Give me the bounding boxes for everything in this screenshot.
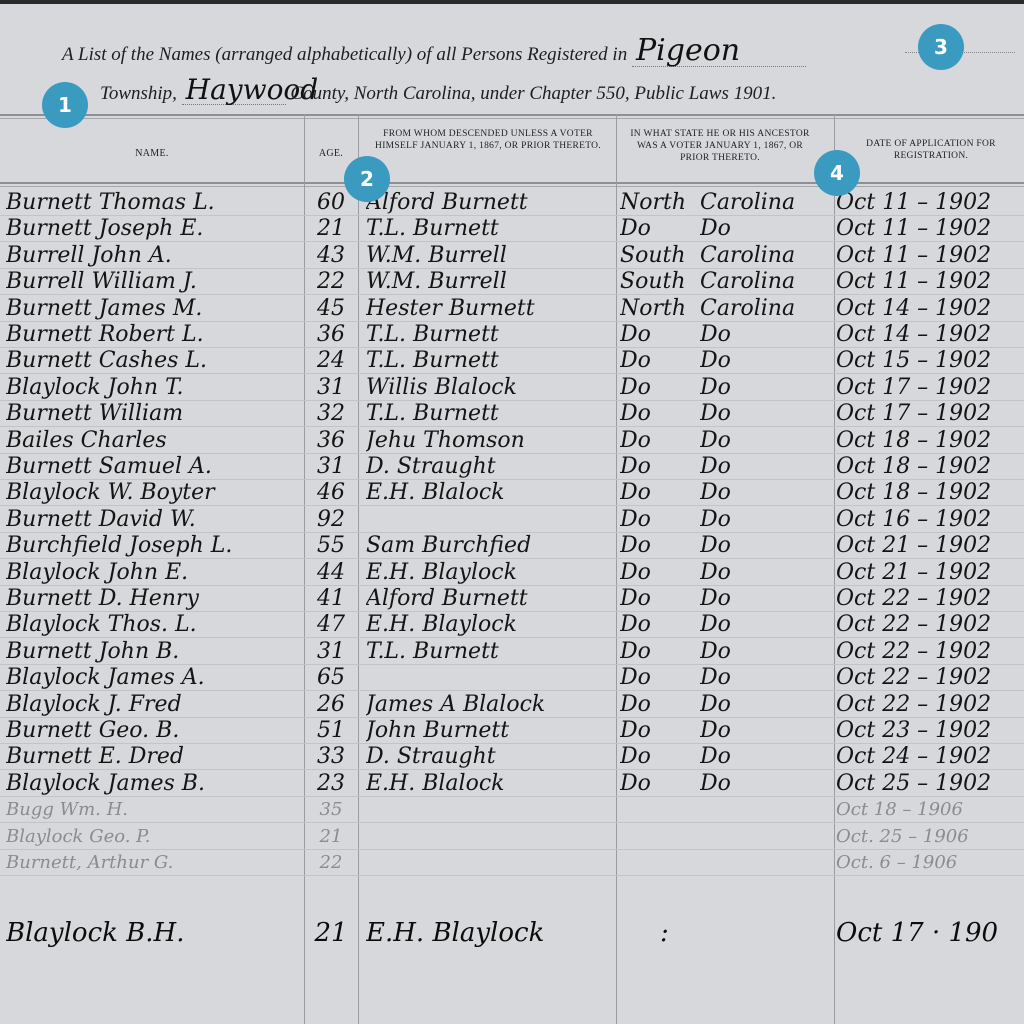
cell-age: 92	[308, 507, 354, 533]
township-label: Township,	[100, 83, 177, 104]
table-row: Burnett Thomas L.60Alford BurnettNorthCa…	[0, 190, 1024, 216]
cell-age: 21	[308, 918, 354, 948]
cell-descended-from: E.H. Blalock	[366, 480, 616, 506]
cell-date: Oct 14 – 1902	[836, 322, 1024, 348]
cell-age: 43	[308, 243, 354, 269]
cell-name: Bailes Charles	[6, 428, 298, 454]
cell-age: 21	[308, 824, 354, 850]
column-header-state: IN WHAT STATE HE OR HIS ANCESTOR WAS A V…	[622, 128, 818, 164]
cell-state-b: Do	[700, 744, 830, 770]
cell-state-b: Do	[700, 771, 830, 797]
cell-state: :	[660, 918, 760, 948]
cell-descended-from: Alford Burnett	[366, 586, 616, 612]
cell-age: 26	[308, 692, 354, 718]
cell-date: Oct 22 – 1902	[836, 639, 1024, 665]
table-row: Burnett Samuel A.31D. StraughtDoDoOct 18…	[0, 454, 1024, 480]
cell-date: Oct 16 – 1902	[836, 507, 1024, 533]
annotation-badge-4: 4	[814, 150, 860, 196]
cell-date: Oct 11 – 1902	[836, 216, 1024, 242]
cell-state-b: Do	[700, 428, 830, 454]
cell-state-b: Do	[700, 665, 830, 691]
cell-age: 36	[308, 322, 354, 348]
cell-date: Oct 22 – 1902	[836, 612, 1024, 638]
header-bottom-rule	[0, 182, 1024, 184]
cell-descended-from: T.L. Burnett	[366, 401, 616, 427]
cell-descended-from: Alford Burnett	[366, 190, 616, 216]
cell-name: Burnett Thomas L.	[6, 190, 298, 216]
cell-state-b: Do	[700, 216, 830, 242]
title-suffix: County, North Carolina, under Chapter 55…	[290, 83, 776, 104]
cell-age: 23	[308, 771, 354, 797]
cell-name: Blaylock James B.	[6, 771, 298, 797]
cell-age: 55	[308, 533, 354, 559]
table-row: Burnett Geo. B.51John BurnettDoDoOct 23 …	[0, 718, 1024, 744]
cell-descended-from: T.L. Burnett	[366, 639, 616, 665]
table-row: Blaylock James B.23E.H. BlalockDoDoOct 2…	[0, 771, 1024, 797]
cell-age: 24	[308, 348, 354, 374]
cell-name: Burnett D. Henry	[6, 586, 298, 612]
cell-date: Oct 15 – 1902	[836, 348, 1024, 374]
cell-age: 33	[308, 744, 354, 770]
cell-name: Burnett Robert L.	[6, 322, 298, 348]
table-row: Blaylock Geo. P.21Oct. 25 – 1906	[0, 824, 1024, 850]
cell-age: 60	[308, 190, 354, 216]
cell-date: Oct 18 – 1906	[836, 797, 1024, 823]
table-row: Burrell John A.43W.M. BurrellSouthCaroli…	[0, 243, 1024, 269]
cell-state-b: Carolina	[700, 269, 830, 295]
cell-name: Burnett E. Dred	[6, 744, 298, 770]
cell-state-b: Do	[700, 586, 830, 612]
header-bottom-rule-thin	[0, 186, 1024, 187]
table-row: Burnett William32T.L. BurnettDoDoOct 17 …	[0, 401, 1024, 427]
cell-state-b: Do	[700, 454, 830, 480]
cell-age: 22	[308, 269, 354, 295]
cell-descended-from: W.M. Burrell	[366, 269, 616, 295]
cell-age: 51	[308, 718, 354, 744]
cell-state-b: Do	[700, 533, 830, 559]
cell-date: Oct 18 – 1902	[836, 428, 1024, 454]
cell-name: Blaylock J. Fred	[6, 692, 298, 718]
cell-name: Burchfield Joseph L.	[6, 533, 298, 559]
cell-descended-from: T.L. Burnett	[366, 348, 616, 374]
cell-age: 35	[308, 797, 354, 823]
table-row: Burchfield Joseph L.55Sam BurchfiedDoDoO…	[0, 533, 1024, 559]
annotation-badge-3: 3	[918, 24, 964, 70]
column-header-age: AGE.	[304, 148, 358, 160]
cell-descended-from: Sam Burchfied	[366, 533, 616, 559]
cell-descended-from: T.L. Burnett	[366, 322, 616, 348]
township-name-field: Pigeon	[632, 36, 806, 67]
table-row: Blaylock Thos. L.47E.H. BlaylockDoDoOct …	[0, 612, 1024, 638]
table-row: Blaylock John T.31Willis BlalockDoDoOct …	[0, 375, 1024, 401]
table-row: Bugg Wm. H.35Oct 18 – 1906	[0, 797, 1024, 823]
table-row: Burnett Joseph E.21T.L. BurnettDoDoOct 1…	[0, 216, 1024, 242]
cell-descended-from: E.H. Blaylock	[366, 560, 616, 586]
cell-state-b: Do	[700, 480, 830, 506]
cell-descended-from: E.H. Blaylock	[366, 612, 616, 638]
header-top-rule-thin	[0, 118, 1024, 119]
cell-date: Oct 21 – 1902	[836, 560, 1024, 586]
cell-descended-from: E.H. Blalock	[366, 771, 616, 797]
column-header-descended-from: FROM WHOM DESCENDED UNLESS A VOTER HIMSE…	[372, 128, 604, 152]
cell-age: 31	[308, 639, 354, 665]
cell-date: Oct 23 – 1902	[836, 718, 1024, 744]
cell-descended-from: Hester Burnett	[366, 296, 616, 322]
cell-name: Bugg Wm. H.	[6, 797, 298, 823]
cell-date: Oct 18 – 1902	[836, 480, 1024, 506]
cell-date: Oct 11 – 1902	[836, 190, 1024, 216]
table-row: Burnett D. Henry41Alford BurnettDoDoOct …	[0, 586, 1024, 612]
cell-age: 44	[308, 560, 354, 586]
cell-date: Oct 22 – 1902	[836, 692, 1024, 718]
table-row-final: Blaylock B.H. 21 E.H. Blaylock : Oct 17 …	[0, 918, 1024, 944]
cell-name: Blaylock B.H.	[6, 918, 298, 948]
table-row: Blaylock James A.65DoDoOct 22 – 1902	[0, 665, 1024, 691]
cell-age: 47	[308, 612, 354, 638]
cell-date: Oct 11 – 1902	[836, 243, 1024, 269]
cell-age: 22	[308, 850, 354, 876]
cell-name: Burrell William J.	[6, 269, 298, 295]
table-row: Burnett Robert L.36T.L. BurnettDoDoOct 1…	[0, 322, 1024, 348]
cell-descended-from: Willis Blalock	[366, 375, 616, 401]
cell-name: Burnett David W.	[6, 507, 298, 533]
column-header-name: NAME.	[0, 148, 304, 160]
cell-state-b: Carolina	[700, 243, 830, 269]
table-row: Burnett, Arthur G.22Oct. 6 – 1906	[0, 850, 1024, 876]
table-row: Burnett E. Dred33D. StraughtDoDoOct 24 –…	[0, 744, 1024, 770]
page-top-edge	[0, 0, 1024, 4]
cell-age: 32	[308, 401, 354, 427]
cell-age: 36	[308, 428, 354, 454]
cell-state-b: Carolina	[700, 190, 830, 216]
cell-state-b: Do	[700, 348, 830, 374]
cell-state-b: Do	[700, 507, 830, 533]
cell-date: Oct. 6 – 1906	[836, 850, 1024, 876]
cell-age: 31	[308, 454, 354, 480]
table-row: Burnett David W.92DoDoOct 16 – 1902	[0, 507, 1024, 533]
cell-state-b: Do	[700, 612, 830, 638]
cell-name: Blaylock Geo. P.	[6, 824, 298, 850]
cell-name: Burnett Joseph E.	[6, 216, 298, 242]
cell-name: Blaylock James A.	[6, 665, 298, 691]
table-row: Blaylock John E.44E.H. BlaylockDoDoOct 2…	[0, 560, 1024, 586]
column-header-date: DATE OF APPLICATION FOR REGISTRATION.	[838, 138, 1024, 162]
cell-date: Oct 25 – 1902	[836, 771, 1024, 797]
cell-state-b: Do	[700, 639, 830, 665]
cell-age: 41	[308, 586, 354, 612]
cell-name: Blaylock John E.	[6, 560, 298, 586]
annotation-badge-1: 1	[42, 82, 88, 128]
cell-name: Burnett Samuel A.	[6, 454, 298, 480]
cell-descended-from: D. Straught	[366, 454, 616, 480]
cell-state-b: Do	[700, 718, 830, 744]
cell-state-b: Carolina	[700, 296, 830, 322]
cell-name: Burnett William	[6, 401, 298, 427]
cell-date: Oct. 25 – 1906	[836, 824, 1024, 850]
cell-name: Blaylock Thos. L.	[6, 612, 298, 638]
cell-name: Burrell John A.	[6, 243, 298, 269]
document-title-line-2: Township, Haywood County, North Carolina…	[100, 76, 776, 105]
cell-name: Burnett James M.	[6, 296, 298, 322]
table-row: Burrell William J.22W.M. BurrellSouthCar…	[0, 269, 1024, 295]
annotation-badge-2: 2	[344, 156, 390, 202]
cell-name: Burnett, Arthur G.	[6, 850, 298, 876]
table-row: Burnett John B.31T.L. BurnettDoDoOct 22 …	[0, 639, 1024, 665]
table-row: Burnett James M.45Hester BurnettNorthCar…	[0, 296, 1024, 322]
cell-age: 21	[308, 216, 354, 242]
cell-descended-from: Jehu Thomson	[366, 428, 616, 454]
cell-date: Oct 17 – 1902	[836, 375, 1024, 401]
cell-age: 65	[308, 665, 354, 691]
cell-date: Oct 17 · 190	[836, 918, 1024, 948]
cell-name: Burnett Geo. B.	[6, 718, 298, 744]
cell-date: Oct 21 – 1902	[836, 533, 1024, 559]
cell-name: Burnett John B.	[6, 639, 298, 665]
cell-descended-from: W.M. Burrell	[366, 243, 616, 269]
cell-date: Oct 18 – 1902	[836, 454, 1024, 480]
cell-descended-from: D. Straught	[366, 744, 616, 770]
table-row: Bailes Charles36Jehu ThomsonDoDoOct 18 –…	[0, 428, 1024, 454]
cell-name: Blaylock John T.	[6, 375, 298, 401]
title-prefix: A List of the Names (arranged alphabetic…	[62, 44, 627, 65]
cell-name: Blaylock W. Boyter	[6, 480, 298, 506]
cell-descended-from: T.L. Burnett	[366, 216, 616, 242]
cell-age: 45	[308, 296, 354, 322]
table-row: Blaylock J. Fred26James A BlalockDoDoOct…	[0, 692, 1024, 718]
cell-date: Oct 11 – 1902	[836, 269, 1024, 295]
cell-date: Oct 22 – 1902	[836, 665, 1024, 691]
cell-state-b: Do	[700, 375, 830, 401]
document-title-line-1: A List of the Names (arranged alphabetic…	[62, 36, 806, 67]
table-row: Burnett Cashes L.24T.L. BurnettDoDoOct 1…	[0, 348, 1024, 374]
cell-date: Oct 24 – 1902	[836, 744, 1024, 770]
cell-date: Oct 22 – 1902	[836, 586, 1024, 612]
cell-descended-from: E.H. Blaylock	[366, 918, 616, 948]
cell-state-b: Do	[700, 692, 830, 718]
cell-state-b: Do	[700, 322, 830, 348]
cell-state-b: Do	[700, 401, 830, 427]
table-row: Blaylock W. Boyter46E.H. BlalockDoDoOct …	[0, 480, 1024, 506]
header-top-rule	[0, 114, 1024, 116]
county-name-field: Haywood	[182, 76, 286, 105]
cell-date: Oct 17 – 1902	[836, 401, 1024, 427]
cell-descended-from: John Burnett	[366, 718, 616, 744]
cell-descended-from: James A Blalock	[366, 692, 616, 718]
cell-age: 31	[308, 375, 354, 401]
cell-age: 46	[308, 480, 354, 506]
cell-name: Burnett Cashes L.	[6, 348, 298, 374]
cell-date: Oct 14 – 1902	[836, 296, 1024, 322]
cell-state-b: Do	[700, 560, 830, 586]
